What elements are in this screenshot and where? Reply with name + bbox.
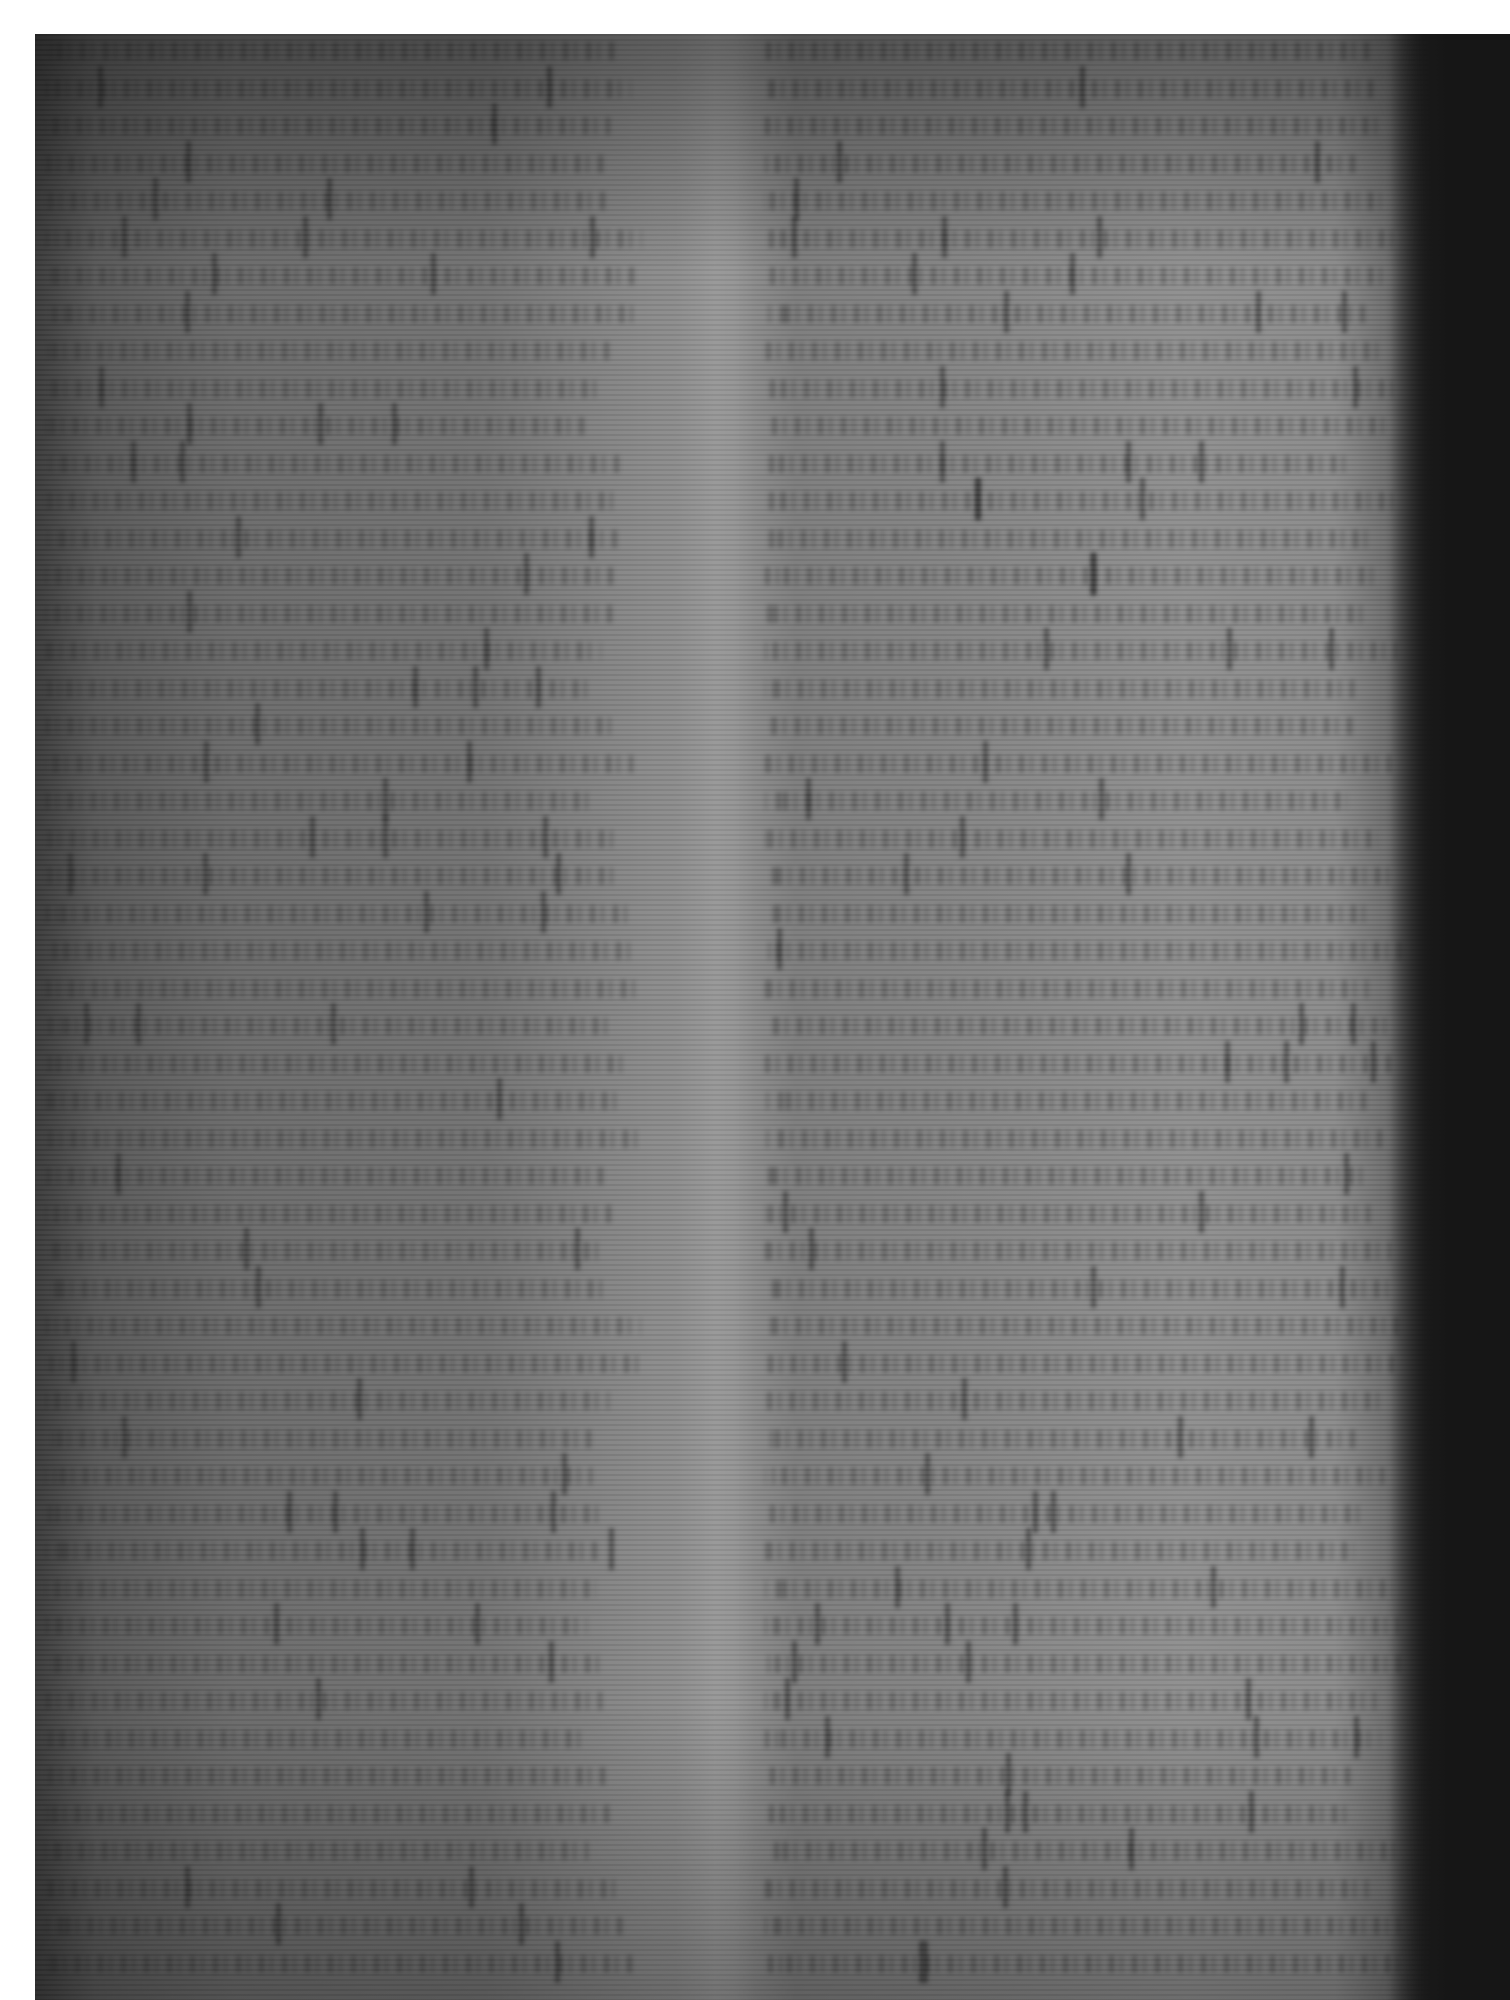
script-ascender <box>1199 441 1204 483</box>
script-ascender <box>982 1828 987 1870</box>
script-line <box>765 867 1391 885</box>
script-line <box>45 1130 637 1148</box>
script-ascender <box>122 1416 127 1458</box>
script-ascender <box>976 478 981 520</box>
script-ascender <box>383 816 388 858</box>
manuscript-scan: Scanned manuscript page with two columns… <box>35 34 1510 2000</box>
script-ascender <box>1225 1041 1230 1083</box>
script-ascender <box>919 1941 924 1983</box>
script-ascender <box>383 778 388 820</box>
script-ascender <box>467 741 472 783</box>
script-ascender <box>962 1378 967 1420</box>
script-line <box>765 80 1376 98</box>
script-ascender <box>333 1491 338 1533</box>
script-line <box>765 1880 1368 1898</box>
script-line <box>765 1317 1400 1335</box>
script-ascender <box>777 928 782 970</box>
script-ascender <box>1097 216 1102 258</box>
column-gutter <box>675 34 755 2000</box>
script-line <box>765 942 1405 960</box>
script-line <box>765 792 1347 810</box>
script-line <box>765 1017 1387 1035</box>
script-ascender <box>331 1003 336 1045</box>
script-ascender <box>484 628 489 670</box>
script-ascender <box>1344 1153 1349 1195</box>
script-line <box>45 867 617 885</box>
script-line <box>45 680 594 698</box>
script-line <box>45 1505 605 1523</box>
script-ascender <box>357 1378 362 1420</box>
script-line <box>45 1955 635 1973</box>
script-line <box>45 1167 608 1185</box>
script-ascender <box>1342 291 1347 333</box>
script-ascender <box>551 1491 556 1533</box>
script-line <box>45 1317 641 1335</box>
script-ascender <box>71 1341 76 1383</box>
script-line <box>765 1355 1397 1373</box>
script-ascender <box>983 741 988 783</box>
script-line <box>45 1880 622 1898</box>
script-ascender <box>1309 1416 1314 1458</box>
script-ascender <box>1129 1828 1134 1870</box>
script-line <box>45 755 633 773</box>
script-ascender <box>1051 1491 1056 1533</box>
script-line <box>45 1730 586 1748</box>
script-line <box>765 380 1397 398</box>
script-line <box>45 117 610 135</box>
script-ascender <box>98 66 103 108</box>
script-line <box>45 1467 592 1485</box>
script-line <box>45 230 642 248</box>
script-ascender <box>1227 628 1232 670</box>
script-ascender <box>966 1641 971 1683</box>
script-ascender <box>519 1903 524 1945</box>
script-line <box>765 1955 1405 1973</box>
script-ascender <box>1126 853 1131 895</box>
script-line <box>765 1242 1391 1260</box>
script-ascender <box>575 1228 580 1270</box>
script-line <box>765 1055 1395 1073</box>
script-line <box>765 1542 1354 1560</box>
script-ascender <box>1126 441 1131 483</box>
script-ascender <box>783 1191 788 1233</box>
script-ascender <box>153 178 158 220</box>
script-ascender <box>806 778 811 820</box>
script-ascender <box>794 178 799 220</box>
script-ascender <box>236 516 241 558</box>
script-ascender <box>589 516 594 558</box>
script-ascender <box>895 1566 900 1608</box>
script-line <box>765 342 1381 360</box>
script-ascender <box>825 1716 830 1758</box>
script-ascender <box>1070 253 1075 295</box>
script-line <box>45 342 613 360</box>
script-line <box>45 1355 641 1373</box>
script-ascender <box>1211 1566 1216 1608</box>
script-line <box>765 1467 1384 1485</box>
script-line <box>45 1055 629 1073</box>
script-ascender <box>99 366 104 408</box>
page-edge-shadow <box>1390 34 1510 2000</box>
script-ascender <box>431 253 436 295</box>
script-ascender <box>1249 1791 1254 1833</box>
script-ascender <box>475 1603 480 1645</box>
script-ascender <box>68 853 73 895</box>
script-line <box>765 1505 1359 1523</box>
script-line <box>765 1580 1392 1598</box>
script-ascender <box>136 1003 141 1045</box>
script-ascender <box>1080 66 1085 108</box>
script-ascender <box>1091 553 1096 595</box>
script-line <box>45 1392 609 1410</box>
script-ascender <box>497 1078 502 1120</box>
script-line <box>45 1617 587 1635</box>
script-ascender <box>180 441 185 483</box>
script-ascender <box>1351 1003 1356 1045</box>
script-ascender <box>256 1266 261 1308</box>
script-line <box>45 567 619 585</box>
script-line <box>45 267 634 285</box>
script-ascender <box>424 891 429 933</box>
script-ascender <box>1140 478 1145 520</box>
script-line <box>765 305 1368 323</box>
script-line <box>45 42 616 60</box>
script-ascender <box>609 1528 614 1570</box>
script-line <box>765 1767 1350 1785</box>
script-line <box>45 1092 624 1110</box>
script-line <box>765 530 1372 548</box>
script-ascender <box>543 816 548 858</box>
script-ascender <box>410 1528 415 1570</box>
text-column-left <box>35 34 655 2000</box>
script-ascender <box>1340 1266 1345 1308</box>
script-ascender <box>562 1453 567 1495</box>
script-ascender <box>303 216 308 258</box>
script-ascender <box>785 1678 790 1720</box>
script-ascender <box>1178 1416 1183 1458</box>
script-line <box>765 155 1361 173</box>
script-ascender <box>1246 1678 1251 1720</box>
script-line <box>45 1805 614 1823</box>
script-ascender <box>212 253 217 295</box>
script-line <box>45 1280 602 1298</box>
script-line <box>765 42 1371 60</box>
script-ascender <box>1023 1791 1028 1833</box>
script-ascender <box>204 741 209 783</box>
script-ascender <box>186 141 191 183</box>
script-line <box>45 1017 613 1035</box>
script-ascender <box>1315 141 1320 183</box>
script-ascender <box>185 1866 190 1908</box>
script-line <box>765 1655 1405 1673</box>
script-ascender <box>84 1003 89 1045</box>
script-ascender <box>547 66 552 108</box>
script-ascender <box>244 1228 249 1270</box>
script-ascender <box>131 441 136 483</box>
script-ascender <box>318 403 323 445</box>
script-ascender <box>492 103 497 145</box>
script-line <box>45 942 632 960</box>
script-line <box>45 605 618 623</box>
script-ascender <box>1254 1716 1259 1758</box>
script-ascender <box>842 1341 847 1383</box>
script-line <box>765 417 1384 435</box>
script-ascender <box>792 1641 797 1683</box>
script-line <box>45 1242 600 1260</box>
script-line <box>45 1692 602 1710</box>
script-ascender <box>360 1528 365 1570</box>
script-line <box>765 267 1385 285</box>
script-ascender <box>1299 1003 1304 1045</box>
script-line <box>45 305 635 323</box>
script-line <box>45 1917 627 1935</box>
script-line <box>765 980 1368 998</box>
script-ascender <box>912 253 917 295</box>
script-ascender <box>316 1678 321 1720</box>
script-ascender <box>1026 1528 1031 1570</box>
script-line <box>45 80 631 98</box>
script-ascender <box>122 216 127 258</box>
script-ascender <box>203 853 208 895</box>
script-line <box>765 1917 1400 1935</box>
script-line <box>765 1167 1368 1185</box>
script-line <box>45 1767 605 1785</box>
script-line <box>765 1130 1387 1148</box>
script-line <box>765 1730 1380 1748</box>
script-ascender <box>1005 1791 1010 1833</box>
script-line <box>45 1542 603 1560</box>
script-ascender <box>940 366 945 408</box>
script-ascender <box>276 1903 281 1945</box>
script-ascender <box>1329 628 1334 670</box>
script-ascender <box>1353 366 1358 408</box>
script-ascender <box>310 816 315 858</box>
script-ascender <box>815 1603 820 1645</box>
script-line <box>765 1280 1390 1298</box>
script-line <box>45 717 612 735</box>
script-ascender <box>1004 291 1009 333</box>
script-ascender <box>556 853 561 895</box>
script-ascender <box>185 291 190 333</box>
script-ascender <box>1044 628 1049 670</box>
script-line <box>45 905 636 923</box>
script-ascender <box>555 1941 560 1983</box>
script-ascender <box>524 553 529 595</box>
script-line <box>765 1805 1351 1823</box>
script-ascender <box>940 441 945 483</box>
script-line <box>765 492 1398 510</box>
script-line <box>765 755 1391 773</box>
script-line <box>765 117 1386 135</box>
script-line <box>45 792 588 810</box>
script-ascender <box>1371 1041 1376 1083</box>
script-line <box>765 642 1397 660</box>
script-line <box>45 980 643 998</box>
script-line <box>45 530 621 548</box>
script-ascender <box>255 703 260 745</box>
script-line <box>765 680 1354 698</box>
script-ascender <box>187 403 192 445</box>
script-line <box>45 192 605 210</box>
script-line <box>45 155 606 173</box>
script-line <box>45 1205 617 1223</box>
script-line <box>765 567 1382 585</box>
script-line <box>765 455 1350 473</box>
script-line <box>765 717 1352 735</box>
script-line <box>765 192 1381 210</box>
script-line <box>765 830 1378 848</box>
script-line <box>765 1392 1386 1410</box>
script-line <box>765 1692 1376 1710</box>
script-ascender <box>1033 1491 1038 1533</box>
script-ascender <box>1006 1753 1011 1795</box>
script-line <box>765 1205 1370 1223</box>
script-ascender <box>792 216 797 258</box>
script-ascender <box>187 591 192 633</box>
script-ascender <box>392 403 397 445</box>
text-column-right <box>755 34 1415 2000</box>
script-line <box>765 1617 1399 1635</box>
script-ascender <box>837 141 842 183</box>
script-ascender <box>541 891 546 933</box>
script-ascender <box>945 1603 950 1645</box>
script-line <box>45 1842 588 1860</box>
script-ascender <box>413 666 418 708</box>
script-ascender <box>960 816 965 858</box>
script-line <box>765 905 1366 923</box>
script-ascender <box>469 1866 474 1908</box>
script-line <box>45 492 618 510</box>
script-line <box>45 1580 596 1598</box>
script-line <box>765 605 1369 623</box>
script-line <box>45 380 599 398</box>
script-ascender <box>116 1153 121 1195</box>
script-ascender <box>274 1603 279 1645</box>
script-ascender <box>590 216 595 258</box>
script-ascender <box>1256 291 1261 333</box>
script-ascender <box>1091 1266 1096 1308</box>
script-ascender <box>925 1453 930 1495</box>
script-ascender <box>1013 1603 1018 1645</box>
script-ascender <box>904 853 909 895</box>
script-line <box>765 1430 1356 1448</box>
script-line <box>765 230 1398 248</box>
script-ascender <box>1284 1041 1289 1083</box>
script-line <box>765 1092 1371 1110</box>
script-ascender <box>549 1641 554 1683</box>
script-ascender <box>942 216 947 258</box>
script-line <box>45 1655 599 1673</box>
script-ascender <box>473 666 478 708</box>
script-line <box>45 642 601 660</box>
script-ascender <box>287 1491 292 1533</box>
script-ascender <box>536 666 541 708</box>
script-ascender <box>1099 778 1104 820</box>
script-ascender <box>1003 1866 1008 1908</box>
script-ascender <box>1354 1716 1359 1758</box>
script-ascender <box>809 1228 814 1270</box>
script-ascender <box>327 178 332 220</box>
script-ascender <box>1199 1191 1204 1233</box>
script-line <box>765 1842 1395 1860</box>
script-line <box>45 830 619 848</box>
